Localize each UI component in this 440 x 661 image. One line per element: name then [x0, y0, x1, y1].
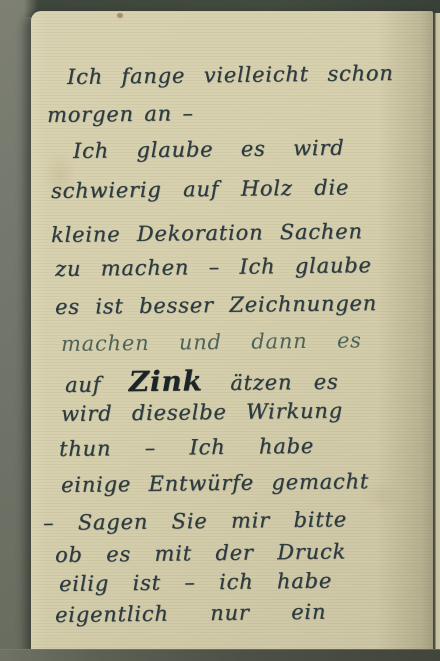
handwriting-line-15: eilig ist – ich habe — [59, 569, 332, 596]
handwriting-line-16: eigentlich nur ein — [55, 600, 326, 627]
handwriting-line-5: kleine Dekoration Sachen — [51, 219, 363, 247]
handwriting-line-14: ob es mit der Druck — [55, 539, 346, 567]
handwriting-word: ätzen es — [230, 370, 339, 395]
handwriting-word: auf — [65, 373, 102, 397]
handwriting-line-2: morgen an – — [47, 101, 194, 127]
handwriting-word-emphasized: Zink — [128, 364, 202, 398]
handwriting-line-1: Ich fange vielleicht schon — [67, 61, 394, 89]
mount-shadow-bottom — [0, 649, 440, 661]
handwriting-line-11: thun – Ich habe — [59, 434, 314, 461]
handwriting-line-12: einige Entwürfe gemacht — [61, 469, 369, 497]
handwriting-line-4: schwierig auf Holz die — [51, 175, 349, 203]
handwriting-line-10: wird dieselbe Wirkung — [61, 399, 343, 426]
handwriting-line-13: – Sagen Sie mir bitte — [43, 507, 347, 535]
handwriting-line-6: zu machen – Ich glaube — [55, 253, 372, 281]
handwriting-line-7: es ist besser Zeichnungen — [55, 291, 377, 319]
letter-photograph: Ich fange vielleicht schon morgen an – I… — [0, 0, 440, 661]
letter-page: Ich fange vielleicht schon morgen an – I… — [31, 11, 433, 651]
paper-stain — [117, 13, 123, 18]
underlying-page-edge — [433, 13, 440, 651]
handwriting-line-9: auf Zink ätzen es — [65, 363, 339, 399]
handwriting-line-8: machen und dann es — [61, 328, 362, 356]
handwriting-line-3: Ich glaube es wird — [73, 136, 345, 163]
